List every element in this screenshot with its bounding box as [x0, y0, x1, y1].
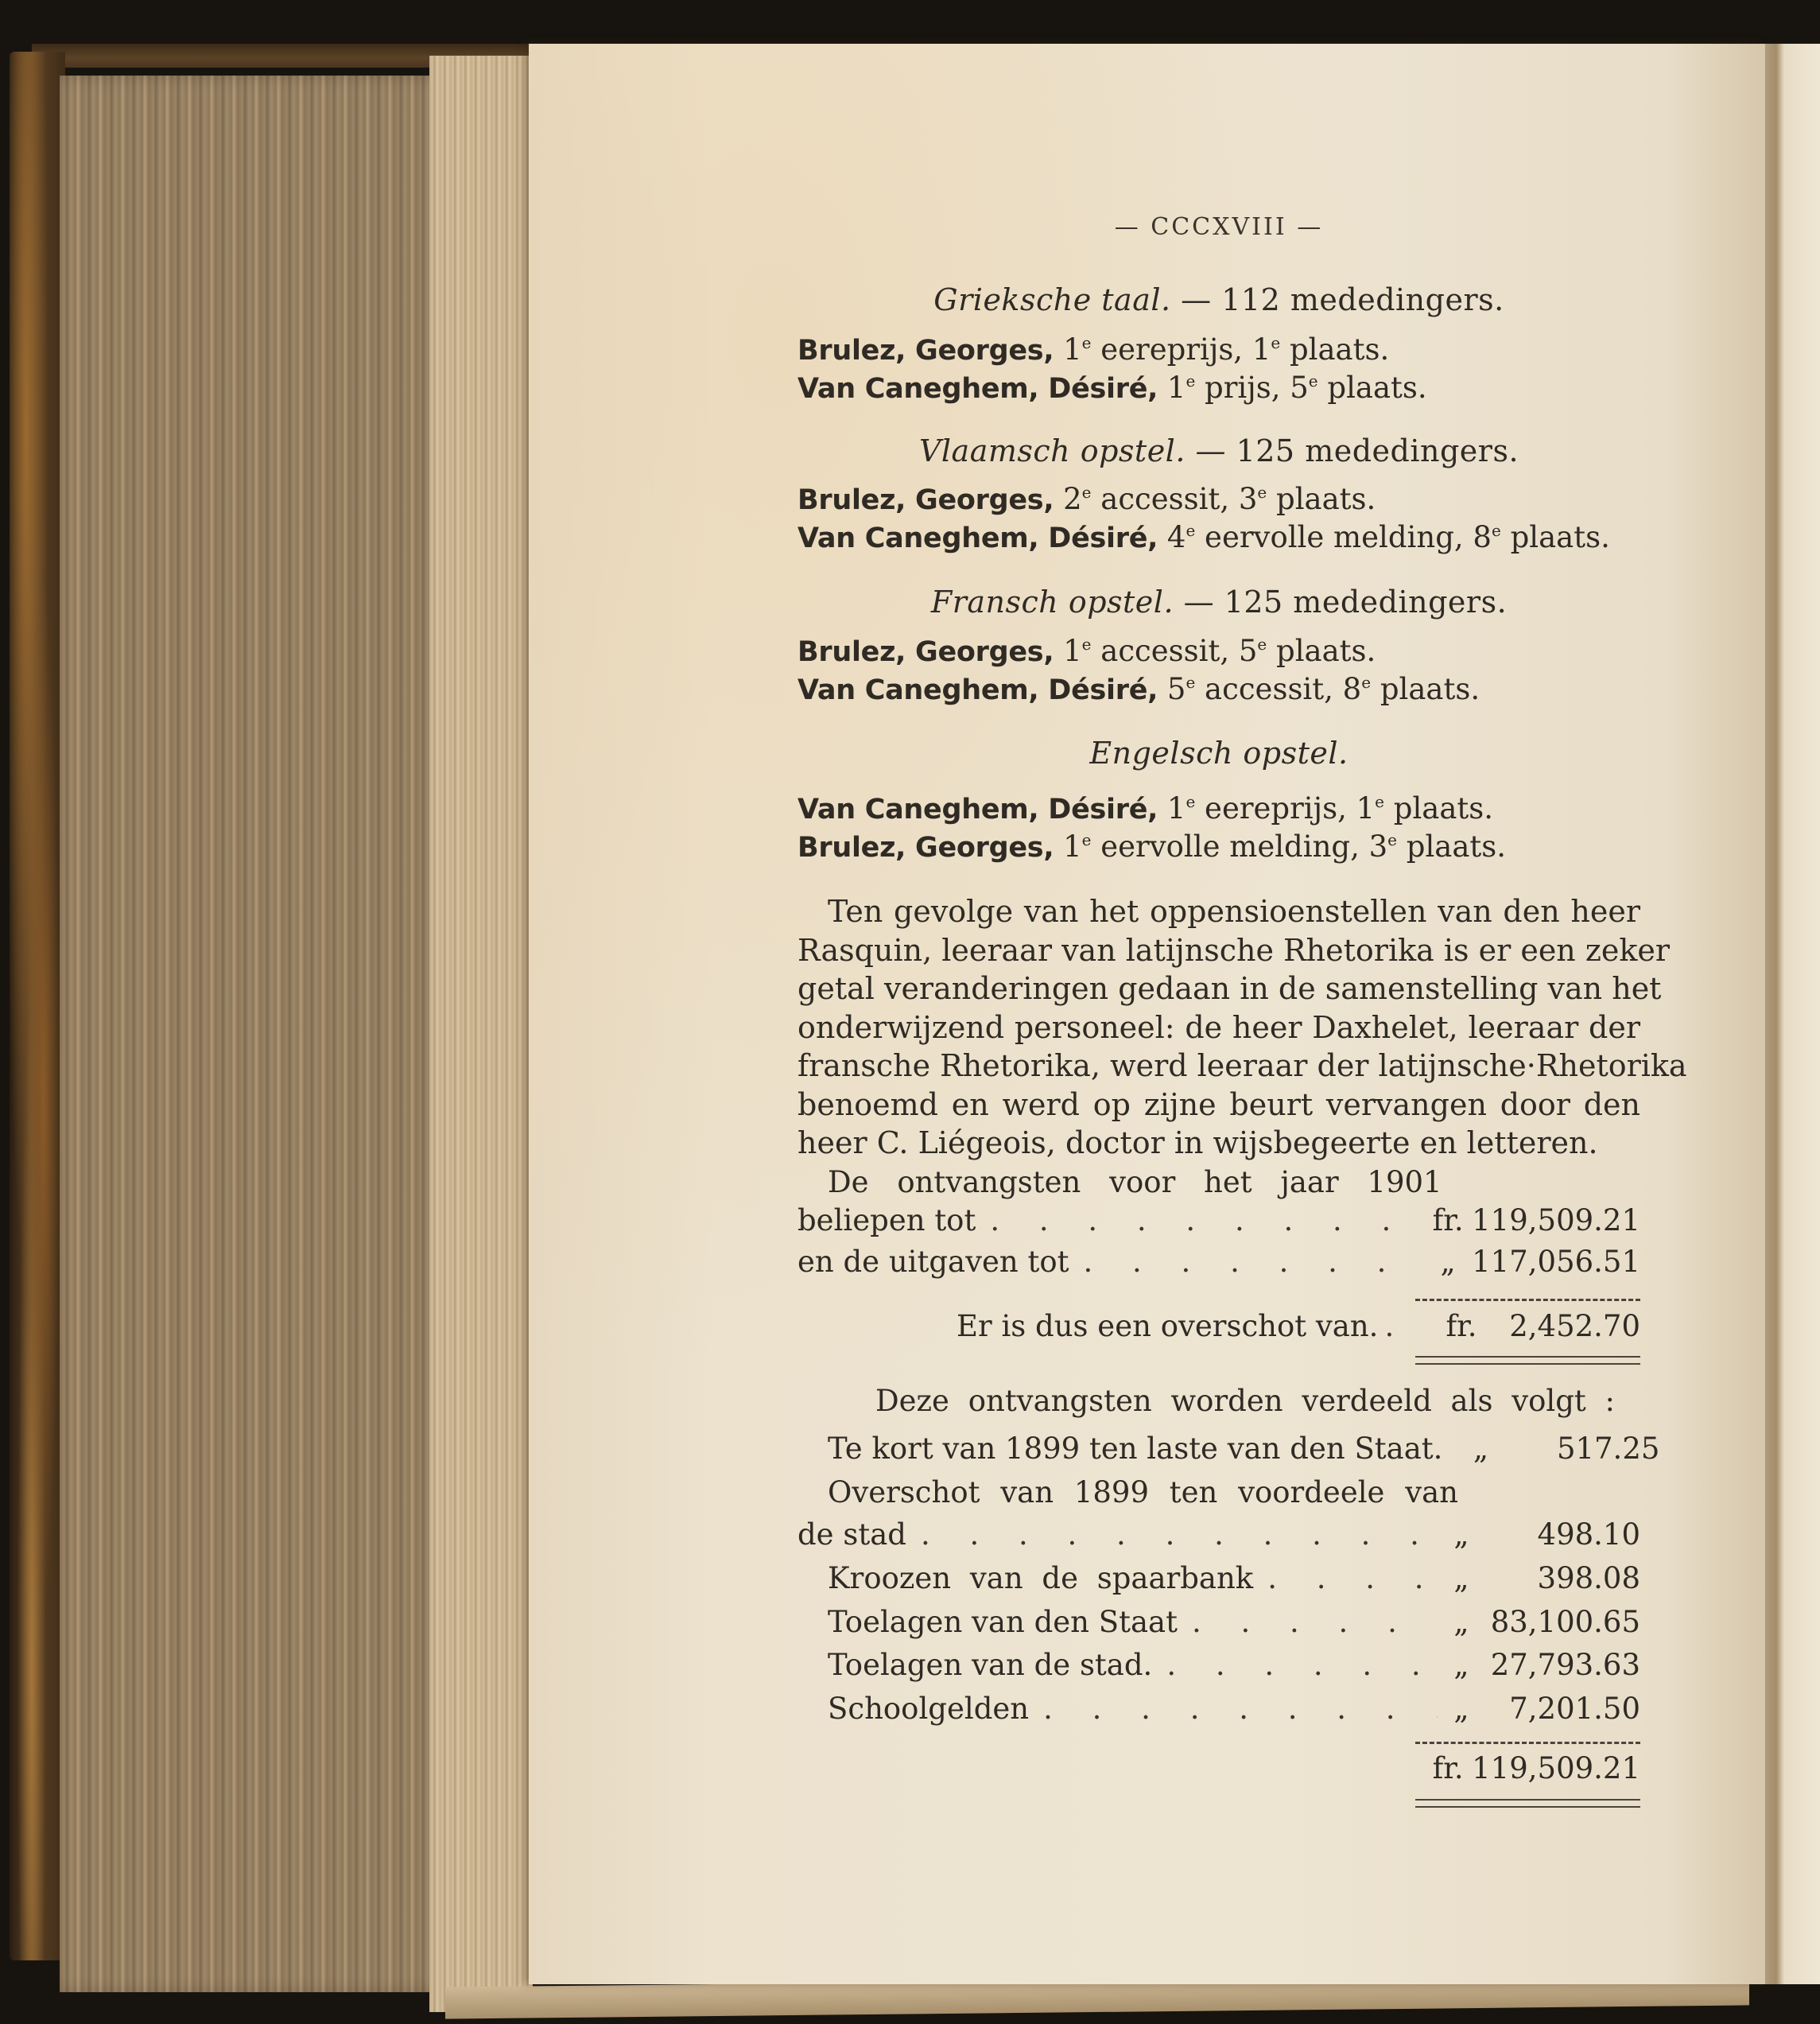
total-double-rule	[1415, 1356, 1640, 1365]
account-row-surplus: Er is dus een overschot van. . fr. 2,452…	[797, 1309, 1640, 1347]
currency: fr.	[1438, 1309, 1485, 1343]
paragraph-line: heer C. Liégeois, doctor in wijsbegeerte…	[797, 1124, 1640, 1163]
competitor-count: — 125 mededingers.	[1174, 585, 1507, 620]
page-block-fore-edge	[60, 76, 481, 1992]
paragraph-line: onderwijzend personeel: de heer Daxhelet…	[797, 1008, 1640, 1047]
page-number: — CCCXVIII —	[797, 213, 1640, 241]
subtotal-rule	[1415, 1742, 1640, 1744]
paragraph-line: Rasquin, leeraar van latijnsche Rhetorik…	[797, 931, 1640, 970]
breakdown-intro: Deze ontvangsten worden verdeeld als vol…	[797, 1384, 1640, 1422]
amount: 119,509.21	[1472, 1203, 1640, 1237]
paragraph-line: Ten gevolge van het oppensioenstellen va…	[797, 892, 1640, 931]
result-entry: Brulez, Georges, 1e eervolle melding, 3e…	[797, 829, 1506, 864]
leader-dots: .	[1378, 1309, 1438, 1343]
breakdown-row: Toelagen van den Staat . . . . . . . . .…	[797, 1605, 1640, 1643]
competitor-count: — 112 mededingers.	[1171, 282, 1504, 317]
student-name: Brulez, Georges,	[797, 484, 1054, 516]
paragraph-line: benoemd en werd op zijne beurt vervangen…	[797, 1086, 1640, 1125]
result-entry: Brulez, Georges, 2e accessit, 3e plaats.	[797, 482, 1376, 516]
subject: Grieksche taal.	[933, 282, 1170, 317]
breakdown-row: Schoolgelden . . . . . . . . . . . . . .…	[797, 1692, 1640, 1730]
subject: Fransch opstel.	[931, 585, 1174, 620]
result-entry: Van Caneghem, Désiré, 1e eereprijs, 1e p…	[797, 791, 1493, 826]
accounts-intro: De ontvangsten voor het jaar 1901	[797, 1165, 1640, 1203]
student-name: Brulez, Georges,	[797, 636, 1054, 668]
total-double-rule	[1415, 1799, 1640, 1808]
page-edges	[429, 56, 533, 2012]
next-page-edge	[1765, 44, 1820, 1984]
student-name: Van Caneghem, Désiré,	[797, 523, 1158, 554]
book-cover-marbled	[10, 52, 65, 1960]
result-entry: Van Caneghem, Désiré, 1e prijs, 5e plaat…	[797, 371, 1427, 405]
subject: Engelsch opstel.	[1089, 736, 1348, 771]
subject: Vlaamsch opstel.	[919, 433, 1186, 468]
breakdown-row: Kroozen van de spaarbank . . . . . . . .…	[797, 1561, 1640, 1599]
section-heading-fransch-opstel: Fransch opstel. — 125 mededingers.	[797, 585, 1640, 620]
currency: fr.	[1424, 1751, 1472, 1785]
student-name: Brulez, Georges,	[797, 832, 1054, 864]
student-name: Brulez, Georges,	[797, 335, 1054, 367]
breakdown-row: Overschot van 1899 ten voordeele van	[797, 1475, 1640, 1513]
paragraph-line: getal veranderingen gedaan in de samenst…	[797, 969, 1640, 1008]
account-row-expenses: en de uitgaven tot . . . . . . . . . . .…	[797, 1245, 1640, 1283]
section-heading-vlaamsch-opstel: Vlaamsch opstel. — 125 mededingers.	[797, 433, 1640, 468]
leader-dots: . . . . . . . . . . . . . . .	[976, 1203, 1424, 1237]
amount: 117,056.51	[1472, 1245, 1640, 1279]
student-name: Van Caneghem, Désiré,	[797, 373, 1158, 405]
competitor-count: — 125 mededingers.	[1186, 433, 1519, 468]
amount: 2,452.70	[1485, 1309, 1640, 1343]
body-paragraph: Ten gevolge van het oppensioenstellen va…	[797, 892, 1640, 1163]
subtotal-rule	[1415, 1299, 1640, 1301]
result-entry: Brulez, Georges, 1e accessit, 5e plaats.	[797, 634, 1376, 668]
amount: 119,509.21	[1472, 1751, 1640, 1785]
paragraph-line: fransche Rhetorika, werd leeraar der lat…	[797, 1047, 1640, 1086]
page-text: — CCCXVIII — Grieksche taal. — 112 meded…	[797, 0, 1640, 2024]
currency: „	[1424, 1245, 1472, 1279]
breakdown-row: de stad . . . . . . . . . . . . . . . . …	[797, 1517, 1640, 1556]
result-entry: Brulez, Georges, 1e eereprijs, 1e plaats…	[797, 332, 1389, 367]
breakdown-total: fr. 119,509.21	[797, 1751, 1640, 1789]
result-entry: Van Caneghem, Désiré, 5e accessit, 8e pl…	[797, 672, 1480, 706]
currency: fr.	[1424, 1203, 1472, 1237]
section-heading-grieksche-taal: Grieksche taal. — 112 mededingers.	[797, 282, 1640, 317]
student-name: Van Caneghem, Désiré,	[797, 794, 1158, 826]
account-row-receipts: beliepen tot . . . . . . . . . . . . . .…	[797, 1203, 1640, 1241]
breakdown-row: Toelagen van de stad. . . . . . . . . . …	[797, 1648, 1640, 1686]
section-heading-engelsch-opstel: Engelsch opstel.	[797, 736, 1640, 771]
result-entry: Van Caneghem, Désiré, 4e eervolle meldin…	[797, 520, 1610, 554]
leader-dots: . . . . . . . . . . . . .	[1069, 1245, 1425, 1279]
student-name: Van Caneghem, Désiré,	[797, 674, 1158, 706]
breakdown-row: Te kort van 1899 ten laste van den Staat…	[797, 1432, 1640, 1470]
